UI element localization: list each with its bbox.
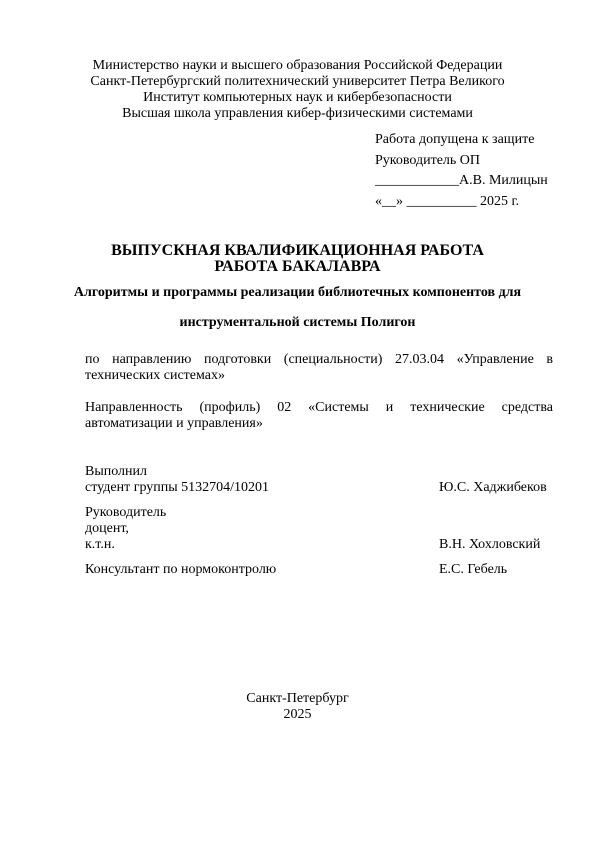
thesis-topic: Алгоритмы и программы реализации библиот… <box>60 278 535 338</box>
document-title: ВЫПУСКНАЯ КВАЛИФИКАЦИОННАЯ РАБОТА РАБОТА… <box>0 243 595 275</box>
organization-header: Министерство науки и высшего образования… <box>0 58 595 122</box>
author-name: Ю.С. Хаджибеков <box>439 480 547 496</box>
consultant-block: Консультант по нормоконтролю Е.С. Гебель <box>85 562 555 578</box>
footer: Санкт-Петербург 2025 <box>0 691 595 723</box>
supervisor-name: В.Н. Хохловский <box>439 537 540 553</box>
direction-line2: технических системах» <box>85 368 225 383</box>
school-line: Высшая школа управления кибер-физическим… <box>0 106 595 122</box>
approval-head-label: Руководитель ОП <box>375 151 575 172</box>
supervisor-position: доцент, <box>85 521 555 537</box>
topic-line1: Алгоритмы и программы реализации библиот… <box>60 278 535 308</box>
profile-paragraph: Направленность (профиль) 02 «Системы и т… <box>85 400 553 432</box>
approval-date-line: «__» __________ 2025 г. <box>375 192 575 213</box>
institute-line: Институт компьютерных наук и кибербезопа… <box>0 90 595 106</box>
consultant-name: Е.С. Гебель <box>439 562 507 578</box>
supervisor-block: Руководитель доцент, к.т.н. В.Н. Хохловс… <box>85 505 555 553</box>
footer-city: Санкт-Петербург <box>0 691 595 707</box>
footer-year: 2025 <box>0 707 595 723</box>
approval-signature-line: ____________А.В. Милицын <box>375 171 575 192</box>
signature-blank: ____________ <box>375 173 459 188</box>
topic-line2: инструментальной системы Полигон <box>60 308 535 338</box>
approval-block: Работа допущена к защите Руководитель ОП… <box>375 130 575 212</box>
direction-paragraph: по направлению подготовки (специальности… <box>85 352 553 384</box>
profile-line1: Направленность (профиль) 02 «Системы и т… <box>85 400 553 416</box>
author-block: Выполнил студент группы 5132704/10201 Ю.… <box>85 464 555 496</box>
university-line: Санкт-Петербургский политехнический унив… <box>0 74 595 90</box>
ministry-line: Министерство науки и высшего образования… <box>0 58 595 74</box>
approval-head-name: А.В. Милицын <box>459 173 548 188</box>
title-line2: РАБОТА БАКАЛАВРА <box>0 259 595 275</box>
direction-line1: по направлению подготовки (специальности… <box>85 352 553 368</box>
supervisor-label: Руководитель <box>85 505 555 521</box>
title-line1: ВЫПУСКНАЯ КВАЛИФИКАЦИОННАЯ РАБОТА <box>0 243 595 259</box>
profile-line2: автоматизации и управления» <box>85 416 263 431</box>
approval-admitted: Работа допущена к защите <box>375 130 575 151</box>
author-label: Выполнил <box>85 464 555 480</box>
